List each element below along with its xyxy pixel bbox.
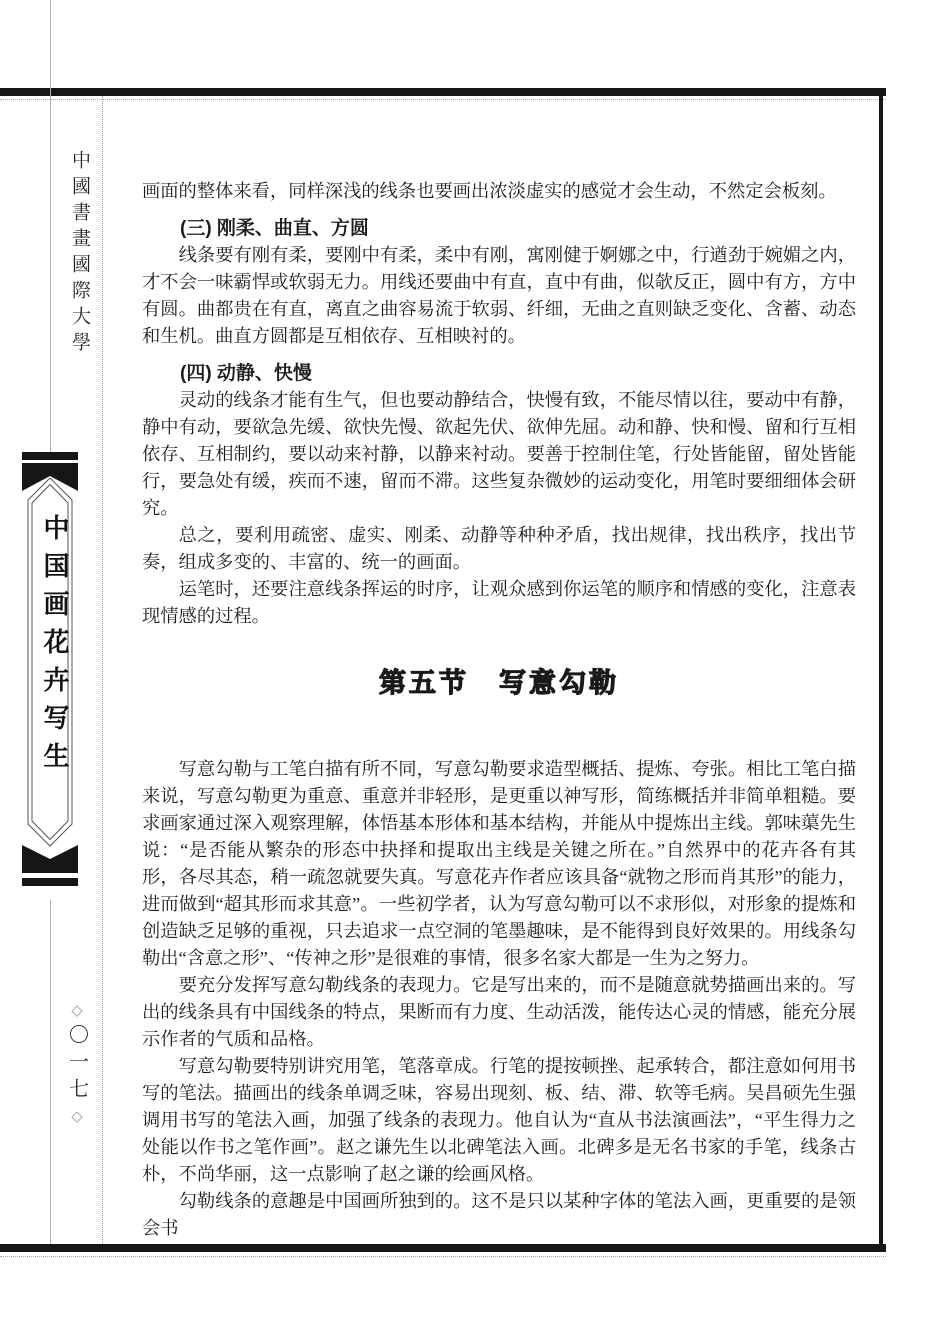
subsection-heading: (四) 动静、快慢 [142, 360, 856, 387]
diamond-ornament-icon: ◇ [71, 1110, 83, 1125]
subsection-heading: (三) 刚柔、曲直、方圆 [142, 215, 856, 242]
body-paragraph: 勾勒线条的意趣是中国画所独到的。这不是只以某种字体的笔法入画，更重要的是领会书 [142, 1188, 856, 1242]
body-paragraph: 要充分发挥写意勾勒线条的表现力。它是写出来的，而不是随意就势描画出来的。写出的线… [142, 972, 856, 1053]
frame-bottom-bar [0, 1244, 886, 1252]
body-paragraph: 画面的整体来看，同样深浅的线条也要画出浓淡虚实的感觉才会生动，不然定会板刻。 [142, 178, 856, 205]
main-text-column: 画面的整体来看，同样深浅的线条也要画出浓淡虚实的感觉才会生动，不然定会板刻。 (… [142, 178, 856, 1242]
body-paragraph: 灵动的线条才能有生气，但也要动静结合，快慢有致，不能尽情以往，要动中有静，静中有… [142, 387, 856, 522]
section-heading: 第五节 写意勾勒 [142, 662, 856, 704]
frame-top-bar [0, 88, 886, 96]
frame-top-dotted-rule [0, 99, 886, 100]
body-paragraph: 写意勾勒要特别讲究用笔，笔落章成。行笔的提按顿挫、起承转合，都注意如何用书写的笔… [142, 1053, 856, 1188]
university-vertical-label: 中國書畫國際大學 [66, 150, 93, 358]
diamond-ornament-icon: ◇ [71, 1004, 83, 1019]
frame-bottom-dotted-rule [0, 1256, 886, 1257]
body-paragraph: 运笔时，还要注意线条挥运的时序，让观众感到你运笔的顺序和情感的变化，注意表现情感… [142, 576, 856, 630]
body-paragraph: 写意勾勒与工笔白描有所不同，写意勾勒要求造型概括、提炼、夸张。相比工笔白描来说，… [142, 756, 856, 972]
body-paragraph: 线条要有刚有柔，要刚中有柔，柔中有刚，寓刚健于婀娜之中，行遒劲于婉媚之内，才不会… [142, 242, 856, 350]
banner-title: 中国画花卉写生 [36, 514, 73, 780]
page-number-value: 〇一七 [63, 1024, 92, 1105]
book-page: 中國書畫國際大學 中国画花卉写生 ◇ 〇一七 ◇ 画面的整体来看，同样深浅的线条… [0, 0, 950, 1344]
frame-right-bar [879, 88, 883, 1252]
gutter-rule-lower [50, 900, 51, 1244]
body-paragraph: 总之，要利用疏密、虚实、刚柔、动静等种种矛盾，找出规律，找出秩序，找出节奏，组成… [142, 522, 856, 576]
gutter-rule-upper [50, 0, 51, 452]
page-number: ◇ 〇一七 ◇ [62, 1004, 92, 1125]
gutter-dotted-rule [102, 96, 103, 1244]
